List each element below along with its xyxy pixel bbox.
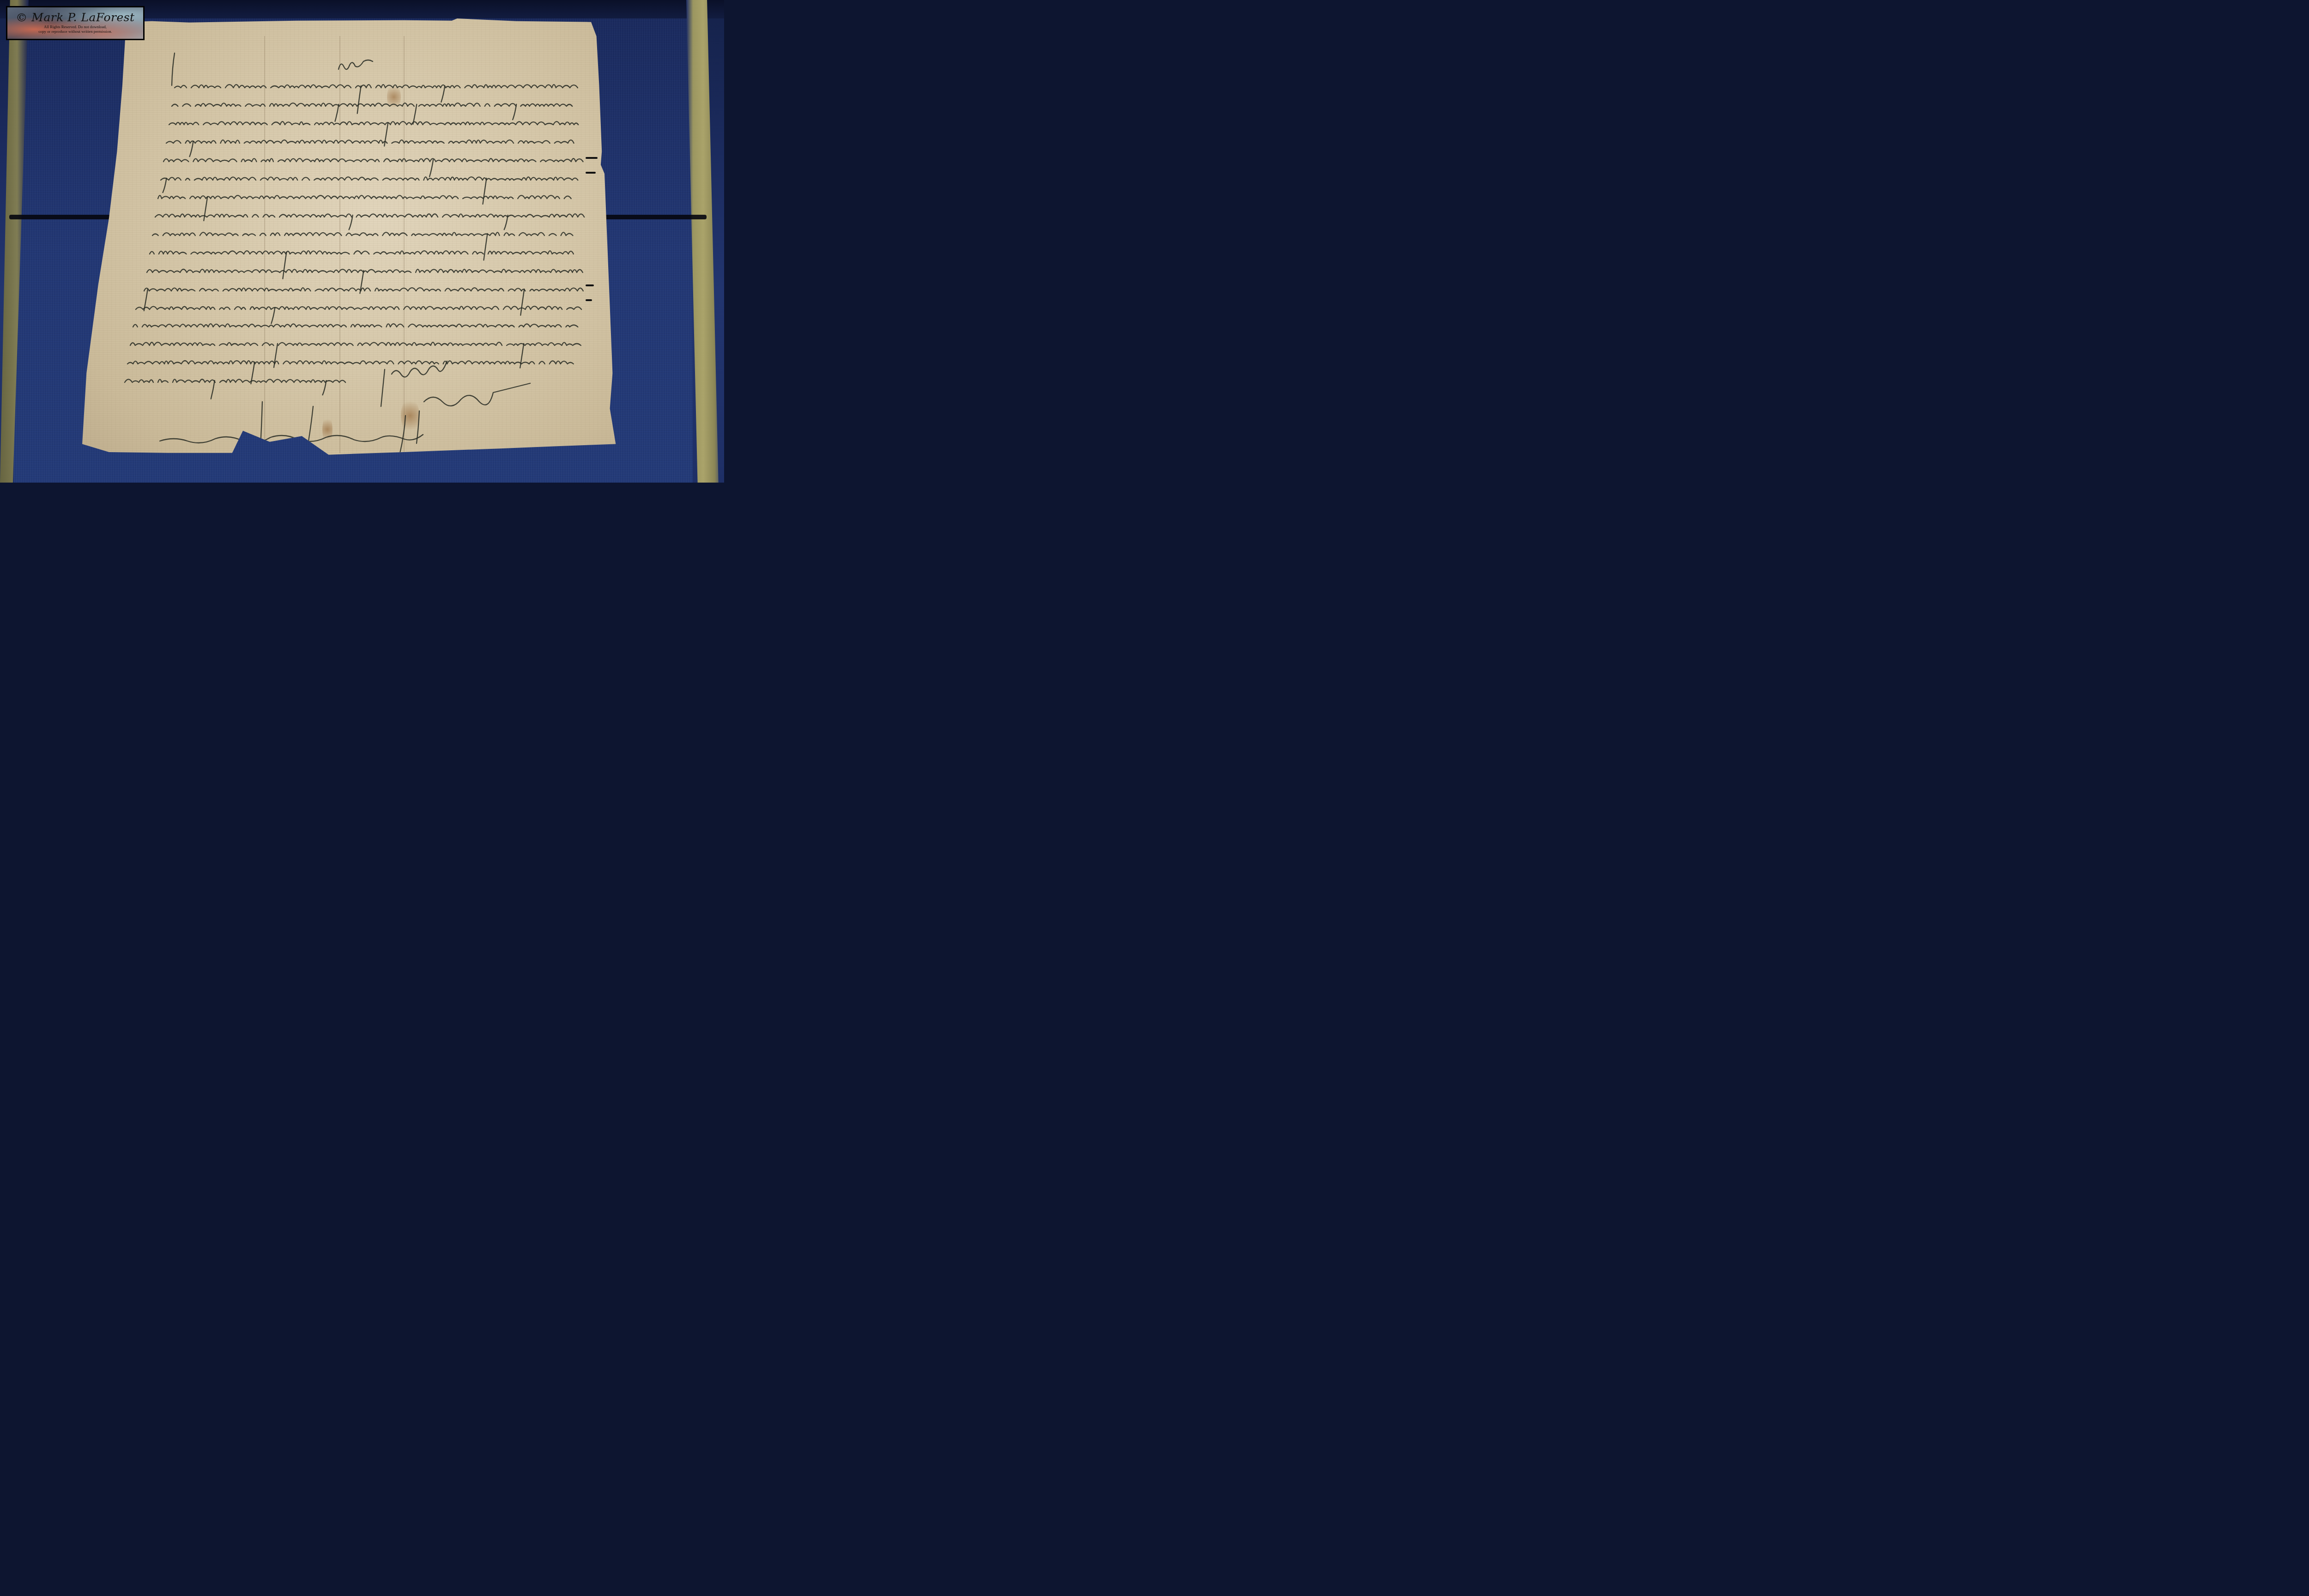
handwritten-greek-text xyxy=(82,18,618,462)
photo-scene: © Mark P. LaForest All Rights Reserved. … xyxy=(0,0,724,483)
copyright-watermark: © Mark P. LaForest All Rights Reserved. … xyxy=(6,6,145,40)
watermark-rights-line-2: copy or reproduce without written permis… xyxy=(7,29,143,34)
watermark-rights-line-1: All Rights Reserved. Do not download, xyxy=(7,24,143,29)
margin-ink-marks xyxy=(586,157,599,314)
papyrus-letter xyxy=(82,18,618,462)
watermark-title: © Mark P. LaForest xyxy=(7,11,143,24)
